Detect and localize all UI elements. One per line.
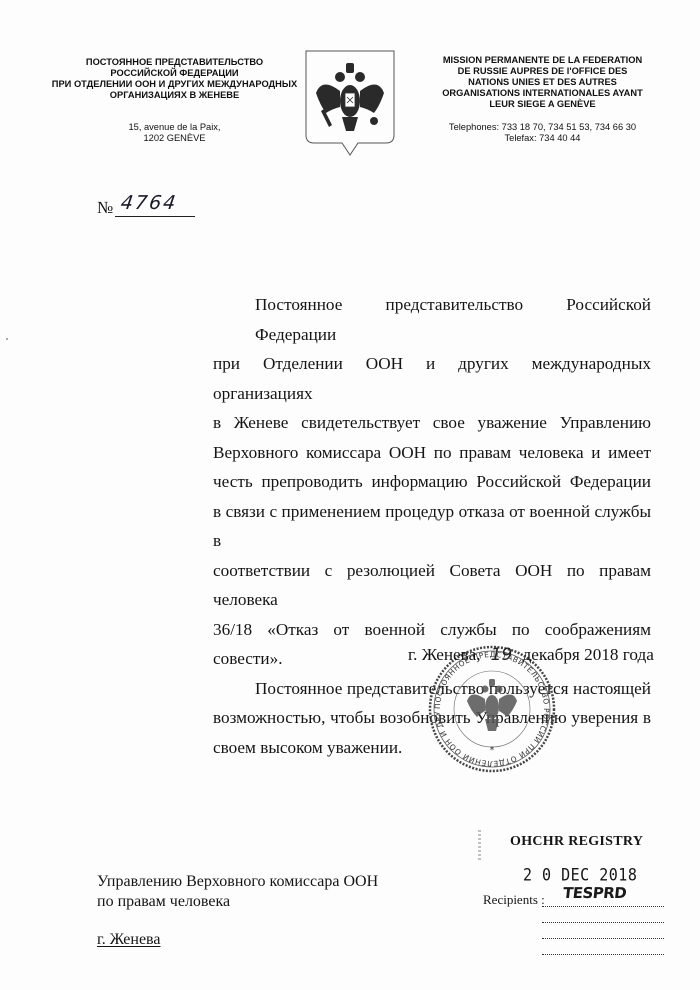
- letter-page: ПОСТОЯННОЕ ПРЕДСТАВИТЕЛЬСТВО РОССИЙСКОЙ …: [0, 0, 700, 990]
- number-underline: [115, 216, 195, 217]
- letterhead-left-address: 15, avenue de la Paix, 1202 GENÈVE: [42, 122, 307, 144]
- recipients-handwritten: TESPRD: [562, 884, 627, 902]
- body-line: при Отделении ООН и других международных…: [213, 349, 651, 408]
- letterhead-right-line: MISSION PERMANENTE DE LA FEDERATION: [420, 55, 665, 66]
- scan-speck: [6, 338, 8, 340]
- body-line: соответствии с резолюцией Совета ООН по …: [213, 556, 651, 615]
- contact-line: Telephones: 733 18 70, 734 51 53, 734 66…: [420, 122, 665, 133]
- date-line: г. Женева,19декабря 2018 года: [408, 645, 654, 665]
- recipients-dotted-line: [542, 938, 664, 939]
- coat-of-arms-icon: [302, 47, 398, 159]
- reference-number: № 4764: [97, 192, 207, 222]
- address-line: 1202 GENÈVE: [42, 133, 307, 144]
- addressee-line: Управлению Верховного комиссара ООН: [97, 872, 378, 892]
- seal-star: *: [490, 745, 495, 756]
- contact-line: Telefax: 734 40 44: [420, 133, 665, 144]
- body-line: в Женеве свидетельствует свое уважение У…: [213, 408, 651, 438]
- letterhead-left-line: ПОСТОЯННОЕ ПРЕДСТАВИТЕЛЬСТВО: [42, 57, 307, 68]
- addressee-city: г. Женева: [97, 930, 161, 950]
- body-line: Постоянное представительство Российской …: [213, 290, 651, 349]
- letterhead-right-line: NATIONS UNIES ET DES AUTRES: [420, 77, 665, 88]
- body-line: в связи с применением процедур отказа от…: [213, 497, 651, 556]
- letterhead-right-title: MISSION PERMANENTE DE LA FEDERATION DE R…: [420, 55, 665, 110]
- letterhead-right-line: LEUR SIEGE A GENÈVE: [420, 99, 665, 110]
- letterhead-left-line: РОССИЙСКОЙ ФЕДЕРАЦИИ: [42, 68, 307, 79]
- letterhead-left-line: ОРГАНИЗАЦИЯХ В ЖЕНЕВЕ: [42, 90, 307, 101]
- stamp-edge-mark: [478, 830, 481, 860]
- recipients-dotted-line: [542, 906, 664, 907]
- addressee-block: Управлению Верховного комиссара ООН по п…: [97, 872, 378, 950]
- body-line: Верховного комиссара ООН по правам челов…: [213, 438, 651, 468]
- recipients-dotted-line: [542, 922, 664, 923]
- letterhead-right-line: ORGANISATIONS INTERNATIONALES AYANT: [420, 88, 665, 99]
- letterhead-left-title: ПОСТОЯННОЕ ПРЕДСТАВИТЕЛЬСТВО РОССИЙСКОЙ …: [42, 57, 307, 101]
- letterhead-right-line: DE RUSSIE AUPRES DE l'OFFICE DES: [420, 66, 665, 77]
- letterhead-left-line: ПРИ ОТДЕЛЕНИИ ООН И ДРУГИХ МЕЖДУНАРОДНЫХ: [42, 79, 307, 90]
- addressee-line: по правам человека: [97, 892, 378, 912]
- date-day-handwritten: 19: [481, 645, 523, 665]
- letterhead-right-contacts: Telephones: 733 18 70, 734 51 53, 734 66…: [420, 122, 665, 144]
- date-city: г. Женева,: [408, 645, 481, 664]
- body-line: честь препроводить информацию Российской…: [213, 467, 651, 497]
- handwritten-number: 4764: [119, 192, 178, 214]
- date-month-year: декабря 2018 года: [523, 645, 654, 664]
- recipients-label: Recipients :: [483, 892, 545, 908]
- address-line: 15, avenue de la Paix,: [42, 122, 307, 133]
- number-sign: №: [97, 198, 113, 218]
- registry-date: 2 0 DEC 2018: [523, 865, 637, 885]
- registry-title: OHCHR REGISTRY: [510, 834, 643, 850]
- recipients-dotted-line: [542, 954, 664, 955]
